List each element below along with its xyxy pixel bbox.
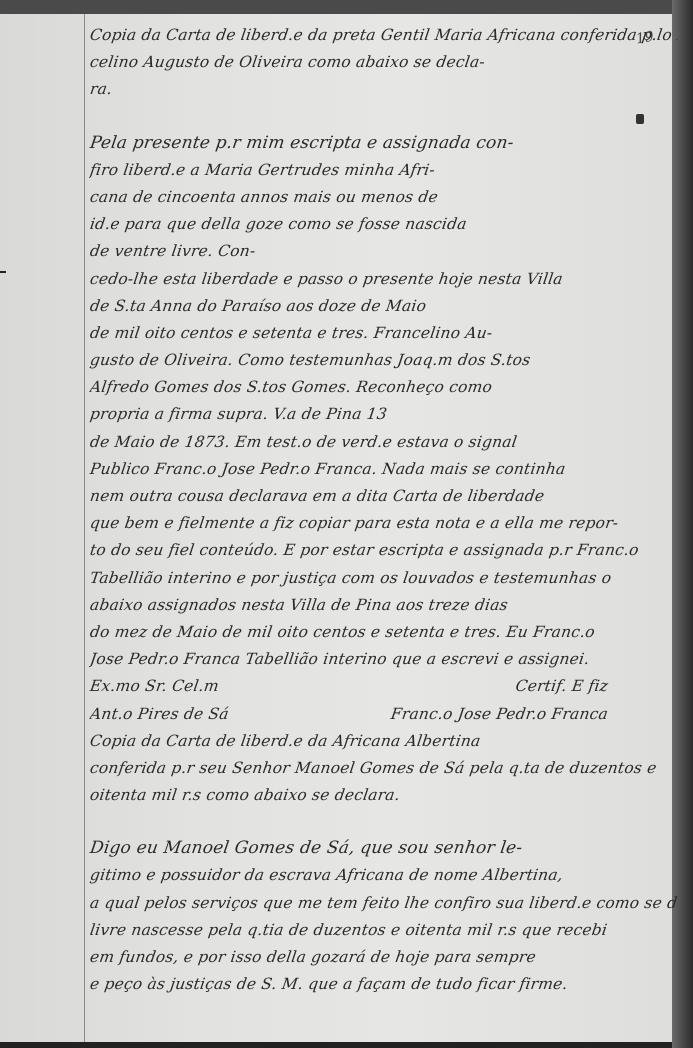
- text-line: nem outra cousa declarava em a dita Cart…: [88, 483, 680, 510]
- scan-top-border: [0, 0, 693, 14]
- signature-row: Ex.mo Sr. Cel.m Certif. E fiz: [88, 673, 680, 700]
- text-line: Copia da Carta de liberd.e da preta Gent…: [88, 22, 680, 49]
- text-line: Alfredo Gomes dos S.tos Gomes. Reconheço…: [88, 374, 680, 401]
- text-line: que bem e fielmente a fiz copiar para es…: [88, 510, 680, 537]
- text-line: cana de cincoenta annos mais ou menos de: [88, 184, 680, 211]
- text-line: Digo eu Manoel Gomes de Sá, que sou senh…: [88, 835, 680, 862]
- text-line: firo liberd.e a Maria Gertrudes minha Af…: [88, 157, 680, 184]
- text-line: livre nascesse pela q.tia de duzentos e …: [88, 917, 680, 944]
- text-line: Jose Pedr.o Franca Tabellião interino qu…: [88, 646, 680, 673]
- text-line: propria a firma supra. V.a de Pina 13: [88, 401, 680, 428]
- text-line: do mez de Maio de mil oito centos e sete…: [88, 619, 680, 646]
- section-2-heading: Copia da Carta de liberd.e da Africana A…: [90, 728, 678, 810]
- signature-left: Ant.o Pires de Sá: [88, 701, 231, 728]
- scan-bottom-border: [0, 1042, 672, 1048]
- text-line: de Maio de 1873. Em test.o de verd.e est…: [88, 429, 680, 456]
- text-line: cedo-lhe esta liberdade e passo o presen…: [88, 266, 680, 293]
- signature-left: Ex.mo Sr. Cel.m: [88, 673, 221, 700]
- text-line: e peço às justiças de S. M. que a façam …: [88, 971, 680, 998]
- margin-rule: [84, 14, 85, 1048]
- section-1-body: Pela presente p.r mim escripta e assigna…: [90, 130, 678, 674]
- signatures: Ex.mo Sr. Cel.m Certif. E fiz Ant.o Pire…: [90, 673, 678, 727]
- signature-right: Certif. E fiz: [514, 673, 610, 700]
- signature-row: Ant.o Pires de Sá Franc.o Jose Pedr.o Fr…: [88, 701, 680, 728]
- text-line: a qual pelos serviços que me tem feito l…: [88, 890, 680, 917]
- text-line: celino Augusto de Oliveira como abaixo s…: [88, 49, 680, 76]
- text-line: Publico Franc.o Jose Pedr.o Franca. Nada…: [88, 456, 680, 483]
- text-line: de mil oito centos e setenta e tres. Fra…: [88, 320, 680, 347]
- margin-mark: [0, 271, 6, 273]
- section-2-body: Digo eu Manoel Gomes de Sá, que sou senh…: [90, 835, 678, 998]
- text-line: id.e para que della goze como se fosse n…: [88, 211, 680, 238]
- text-line: de S.ta Anna do Paraíso aos doze de Maio: [88, 293, 680, 320]
- text-line: de ventre livre. Con-: [88, 238, 680, 265]
- manuscript-text: Copia da Carta de liberd.e da preta Gent…: [90, 22, 678, 998]
- text-line: oitenta mil r.s como abaixo se declara.: [88, 782, 680, 809]
- text-line: Tabellião interino e por justiça com os …: [88, 565, 680, 592]
- text-line: ra.: [88, 76, 680, 103]
- text-line: em fundos, e por isso della gozará de ho…: [88, 944, 680, 971]
- text-line: conferida p.r seu Senhor Manoel Gomes de…: [88, 755, 680, 782]
- text-line: gusto de Oliveira. Como testemunhas Joaq…: [88, 347, 680, 374]
- section-1-heading: Copia da Carta de liberd.e da preta Gent…: [90, 22, 678, 104]
- text-line: gitimo e possuidor da escrava Africana d…: [88, 862, 680, 889]
- text-line: to do seu fiel conteúdo. E por estar esc…: [88, 537, 680, 564]
- text-line: Pela presente p.r mim escripta e assigna…: [88, 130, 680, 157]
- text-line: abaixo assignados nesta Villa de Pina ao…: [88, 592, 680, 619]
- signature-right: Franc.o Jose Pedr.o Franca: [389, 701, 610, 728]
- text-line: Copia da Carta de liberd.e da Africana A…: [88, 728, 680, 755]
